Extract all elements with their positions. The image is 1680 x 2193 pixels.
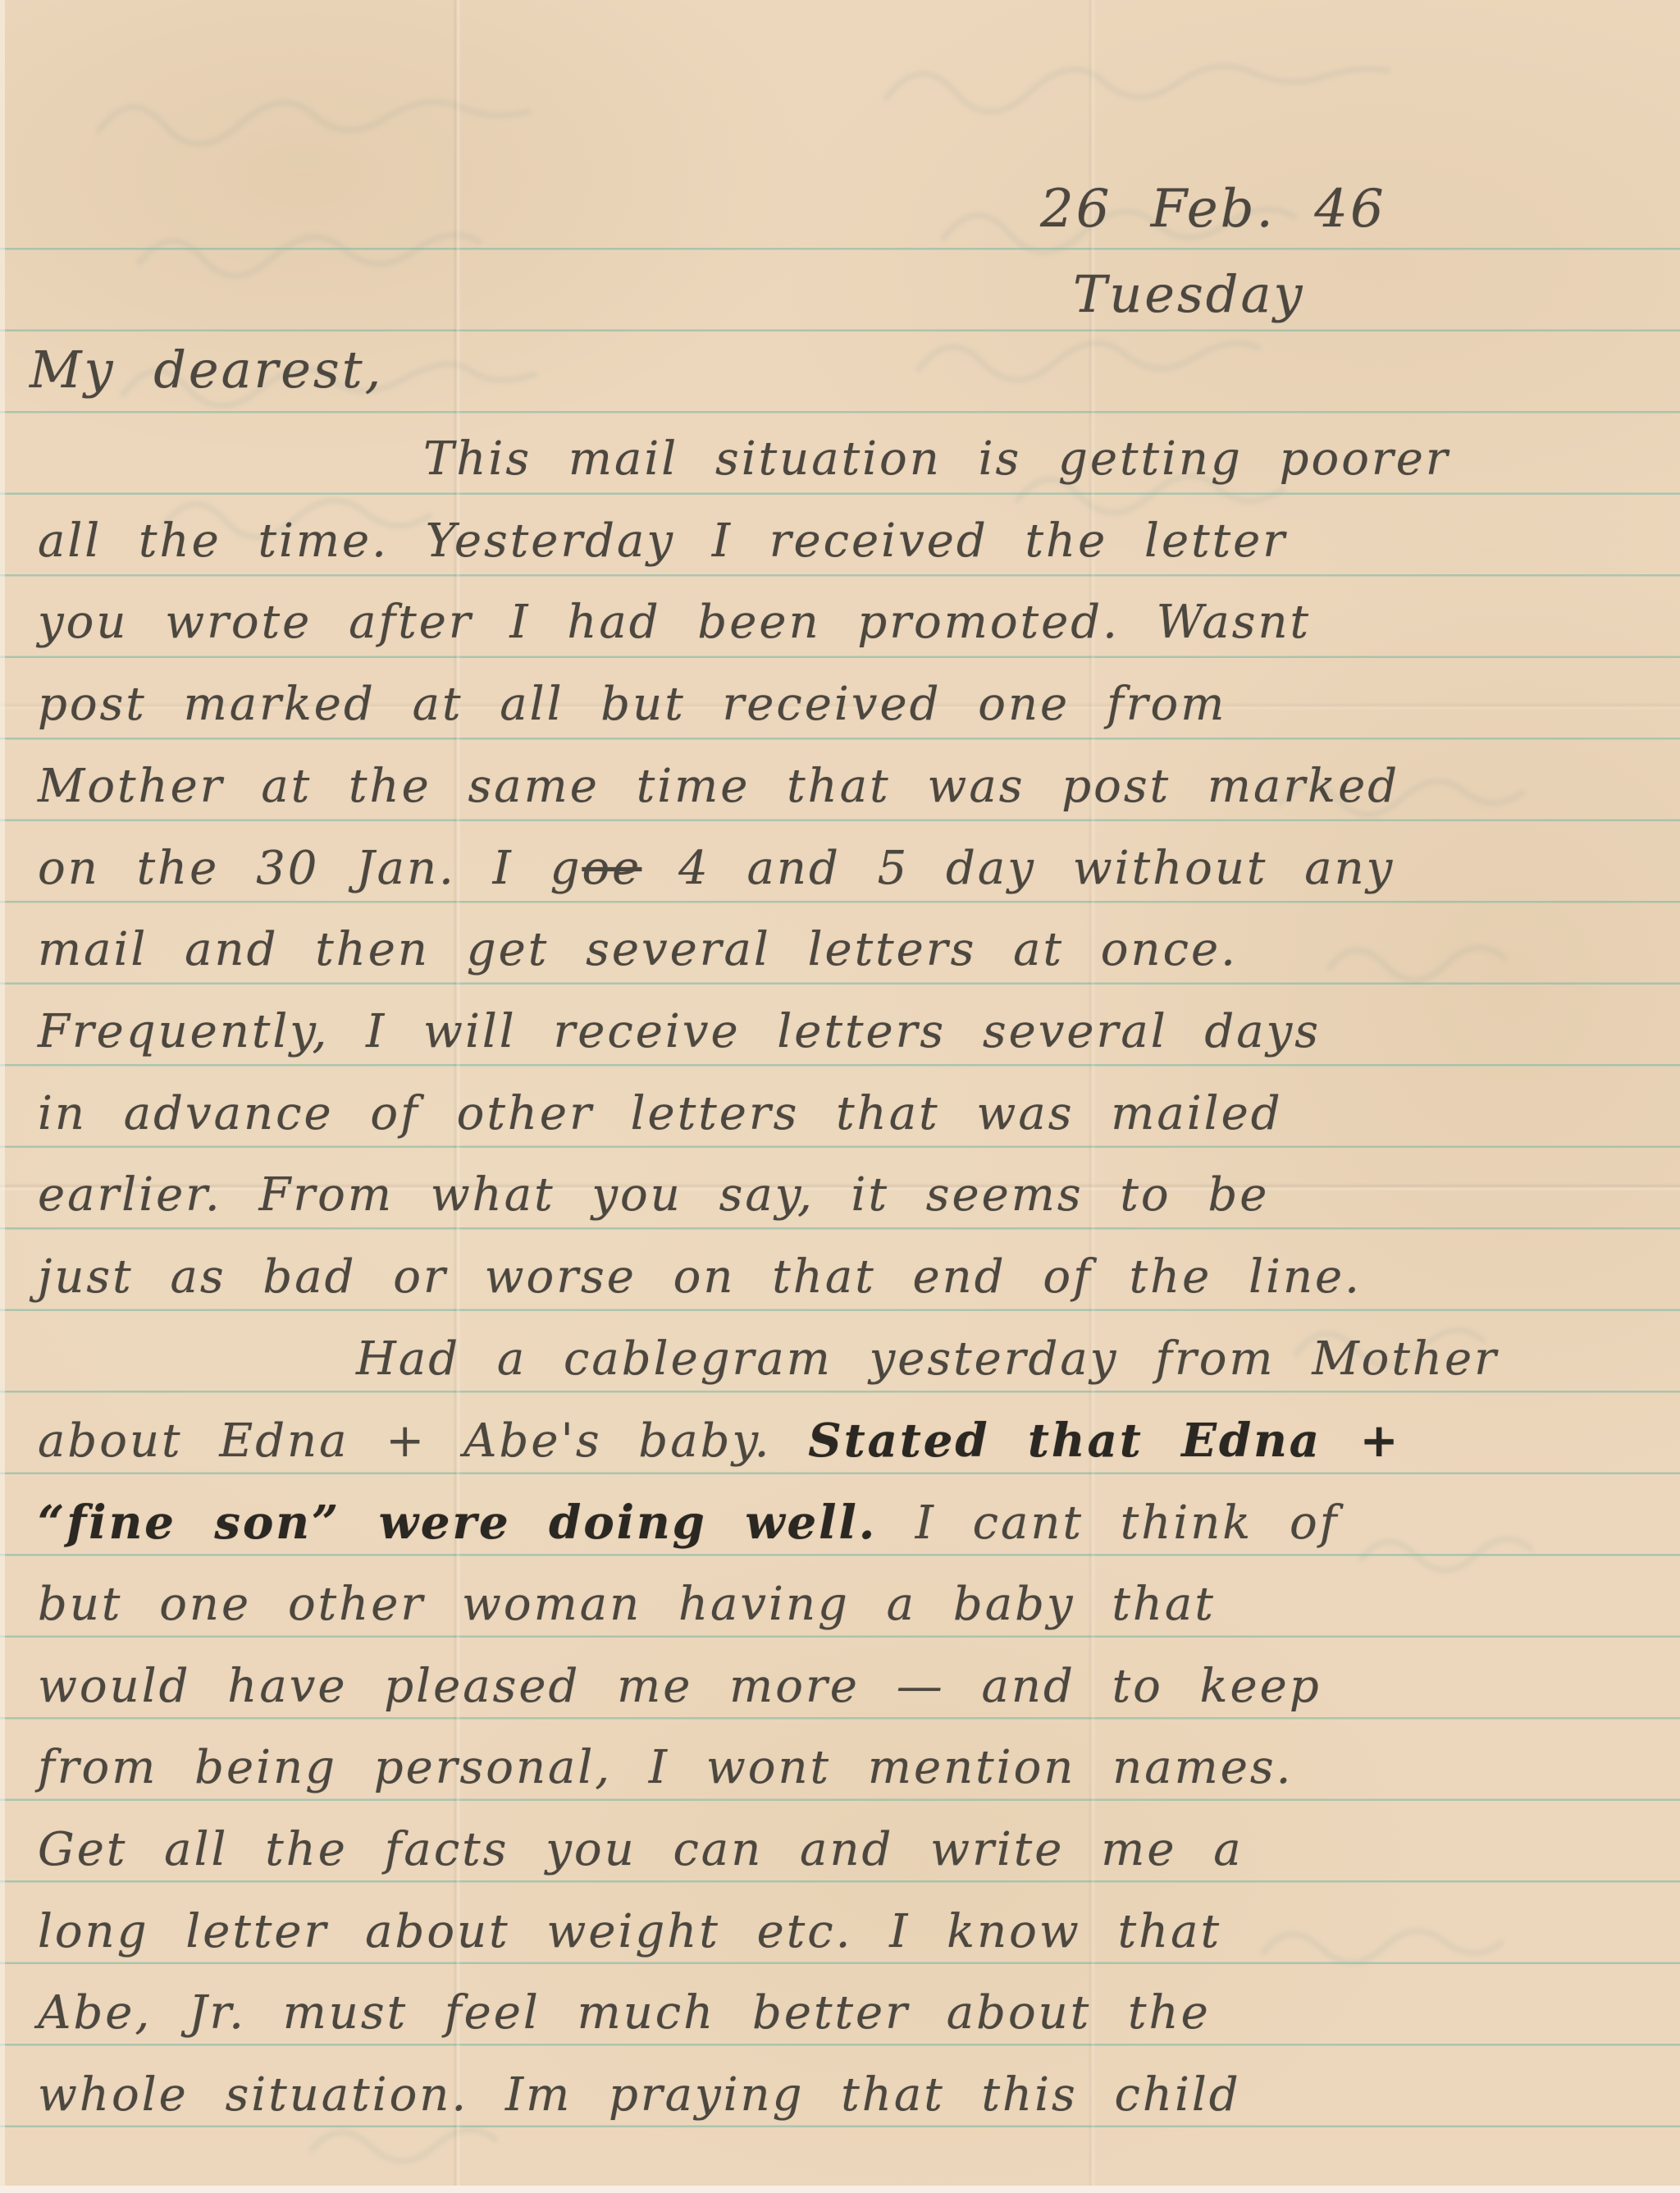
scan-edge-left [0, 0, 5, 2193]
handwritten-line: in advance of other letters that was mai… [38, 1076, 1647, 1158]
handwriting-segment: Get all the facts you can and write me a [38, 1823, 1244, 1876]
handwriting-segment: would have pleased me more — and to keep [38, 1660, 1322, 1713]
handwritten-line: about Edna + Abe's baby. Stated that Edn… [38, 1403, 1647, 1485]
handwriting-dark-segment: “fine son” were doing well. [38, 1496, 915, 1550]
handwriting-segment: about Edna + Abe's baby. [38, 1414, 808, 1468]
handwritten-line: from being personal, I wont mention name… [38, 1730, 1647, 1812]
handwritten-line: on the 30 Jan. I goe 4 and 5 day without… [38, 831, 1647, 913]
handwriting-segment: earlier. From what you say, it seems to … [38, 1168, 1269, 1222]
handwriting-segment: in advance of other letters that was mai… [38, 1087, 1283, 1140]
handwriting-segment: just as bad or worse on that end of the … [38, 1250, 1362, 1304]
handwriting-segment: Frequently, I will receive letters sever… [38, 1005, 1321, 1058]
handwriting-segment: you wrote after I had been promoted. Was… [38, 596, 1311, 649]
letter-body: This mail situation is getting poorerall… [0, 422, 1680, 2161]
handwritten-line: Mother at the same time that was post ma… [38, 749, 1647, 831]
handwritten-line: Frequently, I will receive letters sever… [38, 994, 1647, 1076]
handwritten-line: “fine son” were doing well. I cant think… [38, 1485, 1647, 1567]
handwriting-segment: all the time. Yesterday I received the l… [38, 514, 1287, 568]
handwriting-segment: Abe, Jr. must feel much better about the [38, 1986, 1211, 2040]
letter-day: Tuesday [1073, 264, 1304, 324]
scan-edge-bottom [0, 2186, 1680, 2193]
handwritten-line: all the time. Yesterday I received the l… [38, 504, 1647, 586]
handwritten-line: Abe, Jr. must feel much better about the [38, 1976, 1647, 2058]
handwritten-line: Had a cablegram yesterday from Mother [38, 1322, 1647, 1404]
handwriting-segment: post marked at all but received one from [38, 678, 1226, 731]
handwritten-line: earlier. From what you say, it seems to … [38, 1158, 1647, 1240]
handwriting-segment: mail and then get several letters at onc… [38, 923, 1238, 976]
handwritten-line: would have pleased me more — and to keep [38, 1649, 1647, 1731]
handwriting-segment: Mother at the same time that was post ma… [38, 760, 1399, 813]
handwriting-segment: whole situation. Im praying that this ch… [38, 2068, 1241, 2122]
handwriting-segment: but one other woman having a baby that [38, 1578, 1216, 1631]
handwritten-line: just as bad or worse on that end of the … [38, 1240, 1647, 1322]
handwriting-segment: I cant think of [915, 1496, 1340, 1550]
handwriting-dark-segment: Stated that Edna + [808, 1414, 1400, 1468]
letter-date: 26 Feb. 46 [1040, 179, 1386, 240]
salutation: My dearest, [30, 340, 383, 400]
letter-page: 26 Feb. 46 Tuesday My dearest, This mail… [0, 0, 1680, 2193]
handwritten-line: This mail situation is getting poorer [38, 422, 1647, 504]
handwriting-segment: 4 and 5 day without any [641, 842, 1395, 895]
handwritten-line: post marked at all but received one from [38, 667, 1647, 749]
handwriting-segment: on the 30 Jan. I g [38, 842, 582, 895]
handwriting-segment: Had a cablegram yesterday from Mother [356, 1332, 1499, 1386]
handwritten-line: you wrote after I had been promoted. Was… [38, 585, 1647, 667]
handwritten-line: Get all the facts you can and write me a [38, 1812, 1647, 1894]
handwritten-line: whole situation. Im praying that this ch… [38, 2058, 1647, 2140]
handwriting-segment: oe [582, 842, 641, 895]
handwriting-segment: from being personal, I wont mention name… [38, 1741, 1293, 1794]
handwriting-segment: long letter about weight etc. I know tha… [38, 1905, 1221, 1958]
handwritten-line: long letter about weight etc. I know tha… [38, 1894, 1647, 1976]
handwriting-segment: This mail situation is getting poorer [423, 432, 1450, 486]
handwritten-line: mail and then get several letters at onc… [38, 912, 1647, 994]
handwritten-line: but one other woman having a baby that [38, 1567, 1647, 1649]
